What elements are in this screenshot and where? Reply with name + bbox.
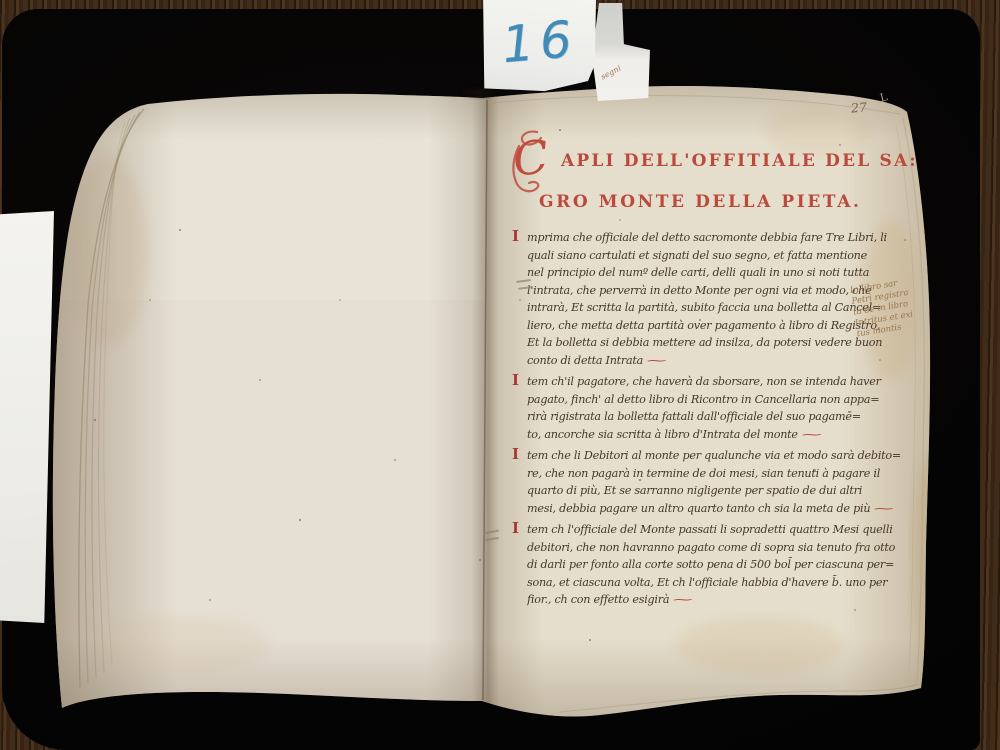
manuscript-line: quali siano cartulati et signati del suo… — [527, 247, 916, 265]
red-flourish: ⁓ — [673, 591, 693, 609]
manuscript-line: tem ch'il pagatore, che haverà da sborsa… — [527, 373, 916, 391]
chapter-heading: C APLI DELL'OFFITIALE DEL SA: GRO MONTE … — [511, 138, 931, 212]
pencil-mark-letter: L — [879, 90, 889, 104]
manuscript-line: quarto di più, Et se sarranno nigligente… — [527, 482, 916, 500]
heading-initial: C — [510, 130, 550, 185]
manuscript-line: rirà rigistrata la bolletta fattali dall… — [527, 408, 916, 426]
manuscript-line: re, che non pagarà in termine de doi mes… — [527, 465, 916, 483]
pencil-mark — [485, 537, 499, 541]
tab-note: segni — [599, 63, 622, 81]
manuscript-line: tem che li Debitori al monte per qualunc… — [527, 447, 916, 465]
numbered-slip: 16 — [482, 0, 596, 92]
line-text: fior., ch con effetto esigirà — [527, 593, 669, 606]
line-text: mesi, debbia pagare un altro quarto tant… — [527, 502, 870, 515]
photograph: C APLI DELL'OFFITIALE DEL SA: GRO MONTE … — [0, 0, 1000, 750]
manuscript-line: mesi, debbia pagare un altro quarto tant… — [527, 500, 916, 518]
manuscript-line: pagato, finch' al detto libro di Ricontr… — [527, 391, 916, 409]
folio-number: 27 — [850, 99, 867, 115]
manuscript-line: fior., ch con effetto esigirà⁓ — [527, 591, 916, 609]
decorative-initial: C — [511, 138, 559, 196]
heading-line-1: C APLI DELL'OFFITIALE DEL SA: — [511, 138, 931, 196]
manuscript-line: mprima che officiale del detto sacromont… — [527, 229, 916, 247]
pencil-mark — [483, 530, 499, 534]
red-flourish: ⁓ — [874, 500, 894, 518]
slip-number: 16 — [498, 0, 581, 87]
paragraph-initial: I — [512, 520, 519, 538]
line-text: to, ancorche sia scritta à libro d'Intra… — [527, 428, 798, 441]
red-flourish: ⁓ — [801, 426, 821, 444]
paragraph-initial: I — [512, 228, 519, 246]
manuscript-line: conto di detta Intrata⁓ — [527, 352, 916, 370]
manuscript-line: di darli per fonto alla corte sotto pena… — [527, 556, 916, 574]
manuscript-line: to, ancorche sia scritta à libro d'Intra… — [527, 426, 916, 444]
margin-annotation: In libro sar Petri registra ta de in lib… — [849, 273, 943, 341]
line-text: conto di detta Intrata — [527, 354, 643, 367]
manuscript-line: debitori, che non havranno pagato come d… — [527, 539, 916, 557]
paragraph-initial: I — [512, 446, 519, 464]
heading-text: APLI DELL'OFFITIALE DEL SA: — [561, 151, 918, 171]
paragraph-initial: I — [512, 372, 519, 390]
manuscript-line: sona, et ciascuna volta, Et ch l'officia… — [527, 574, 916, 592]
manuscript-line: tem ch l'officiale del Monte passati li … — [527, 521, 916, 539]
manuscript-line: nel principio del numº delle carti, dell… — [527, 264, 916, 282]
paragraph: I tem ch'il pagatore, che haverà da sbor… — [512, 373, 916, 443]
red-flourish: ⁓ — [647, 352, 667, 370]
heading-line-2: GRO MONTE DELLA PIETA. — [539, 192, 931, 212]
right-page-content: C APLI DELL'OFFITIALE DEL SA: GRO MONTE … — [0, 0, 1000, 750]
paragraph: I tem che li Debitori al monte per qualu… — [512, 447, 916, 517]
paragraph: I tem ch l'officiale del Monte passati l… — [512, 521, 916, 609]
